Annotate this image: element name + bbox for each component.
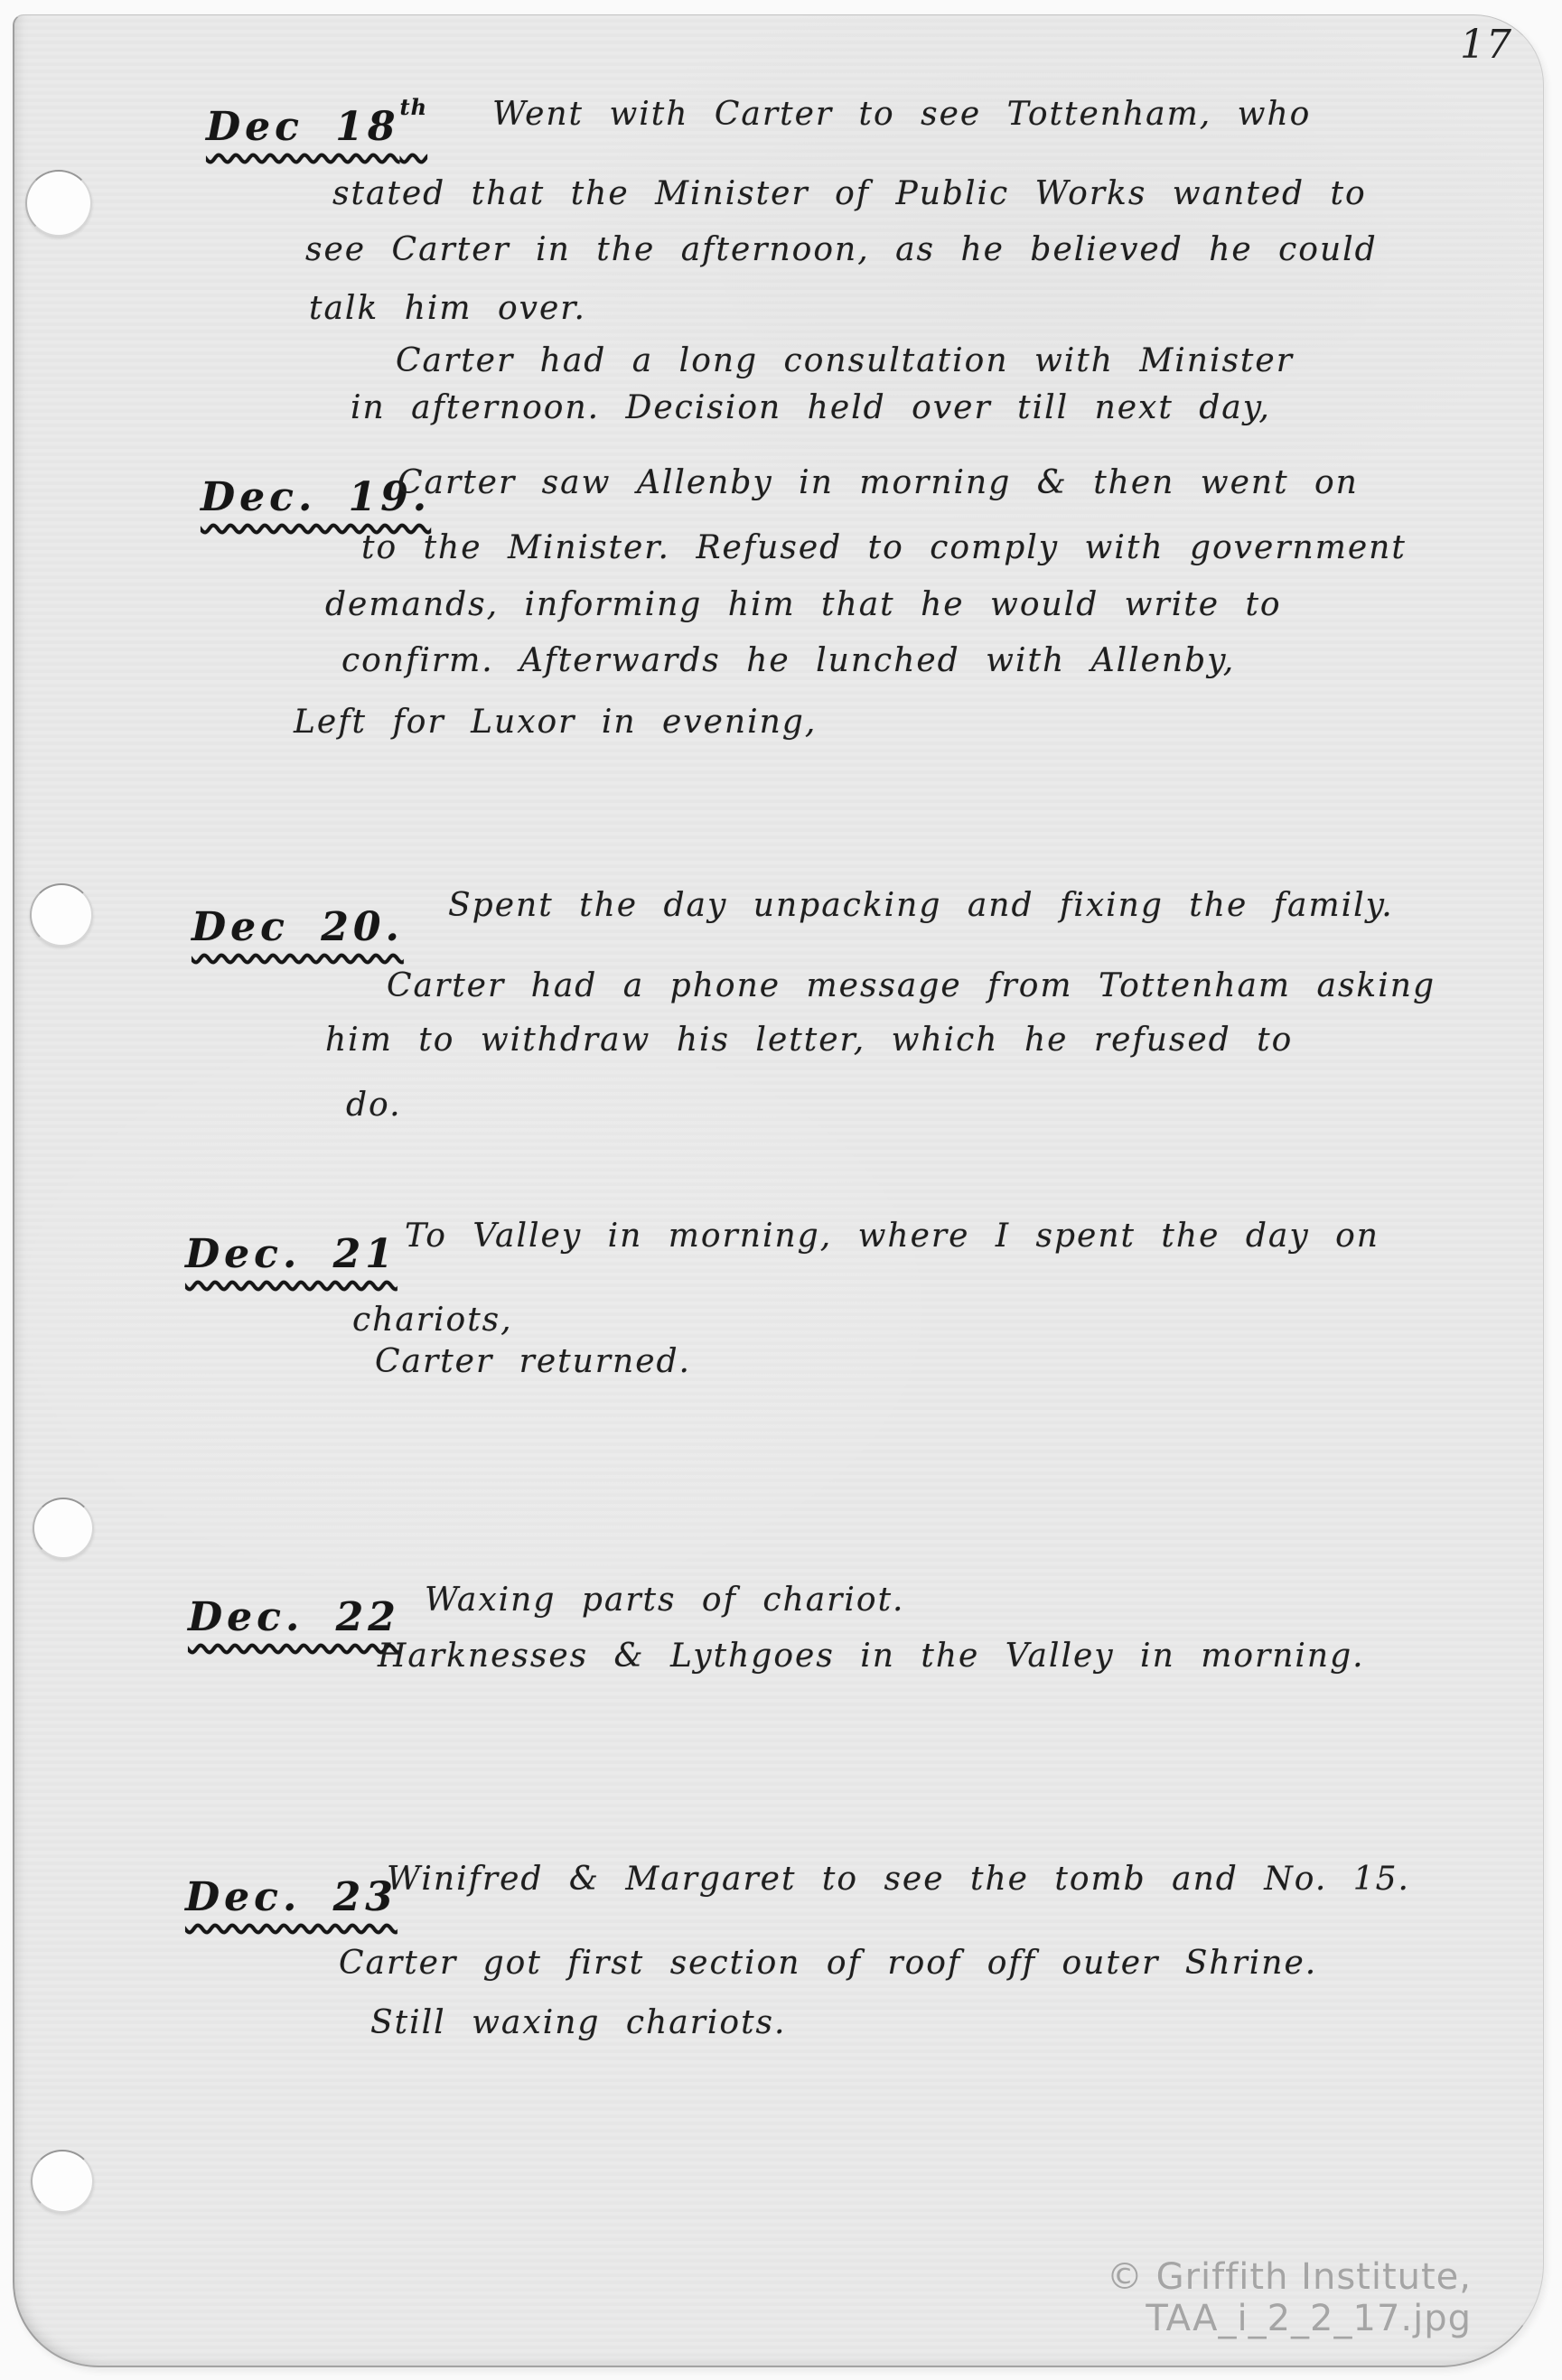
entry-line: Carter returned. bbox=[375, 1343, 691, 1380]
entry-date-text: Dec. 19. bbox=[201, 474, 431, 520]
entry-line: Still waxing chariots. bbox=[370, 2004, 786, 2041]
watermark-line-2: TAA_i_2_2_17.jpg bbox=[1107, 2298, 1472, 2339]
entry-line: do. bbox=[346, 1087, 402, 1124]
entry-line: confirm. Afterwards he lunched with Alle… bbox=[341, 642, 1235, 679]
entry-date-text: Dec. 21 bbox=[185, 1231, 398, 1277]
entry-line: Carter had a long consultation with Mini… bbox=[396, 342, 1294, 379]
punch-hole-1 bbox=[25, 170, 92, 237]
entry-date: Dec 18th bbox=[206, 94, 427, 150]
entry-date: Dec 20. bbox=[192, 894, 404, 950]
entry-line: Went with Carter to see Tottenham, who bbox=[492, 96, 1311, 133]
entry-date-text: Dec. 23 bbox=[185, 1874, 398, 1920]
entry-date-text: Dec 18 bbox=[206, 104, 400, 150]
punch-hole-4 bbox=[31, 2150, 94, 2213]
entry-line: Waxing parts of chariot. bbox=[425, 1582, 905, 1619]
entry-line: Left for Luxor in evening, bbox=[294, 704, 817, 741]
entry-date-text: Dec. 22 bbox=[188, 1594, 400, 1640]
entry-date: Dec. 22 bbox=[188, 1584, 400, 1640]
entry-line: Harknesses & Lythgoes in the Valley in m… bbox=[378, 1638, 1365, 1675]
entry-line: chariots, bbox=[352, 1302, 513, 1339]
entry-line: in afternoon. Decision held over till ne… bbox=[351, 389, 1271, 426]
copyright-watermark: © Griffith Institute, TAA_i_2_2_17.jpg bbox=[1107, 2256, 1472, 2339]
entry-date-text: Dec 20. bbox=[192, 904, 404, 950]
entry-date: Dec. 21 bbox=[185, 1221, 398, 1277]
entry-line: to the Minister. Refused to comply with … bbox=[361, 529, 1407, 566]
entry-line: Spent the day unpacking and fixing the f… bbox=[448, 887, 1394, 924]
entry-line: stated that the Minister of Public Works… bbox=[332, 175, 1367, 212]
entry-date: Dec. 19. bbox=[201, 464, 431, 520]
entry-line: Winifred & Margaret to see the tomb and … bbox=[387, 1861, 1410, 1898]
entry-line: talk him over. bbox=[309, 290, 586, 327]
entry-line: see Carter in the afternoon, as he belie… bbox=[305, 231, 1378, 268]
entry-line: To Valley in morning, where I spent the … bbox=[405, 1218, 1380, 1255]
entry-line: demands, informing him that he would wri… bbox=[325, 586, 1282, 623]
entry-date-suffix: th bbox=[400, 94, 428, 120]
entry-date: Dec. 23 bbox=[185, 1864, 398, 1920]
entry-line: him to withdraw his letter, which he ref… bbox=[325, 1022, 1293, 1059]
punch-hole-3 bbox=[33, 1498, 94, 1559]
entry-line: Carter saw Allenby in morning & then wen… bbox=[398, 464, 1359, 501]
scanned-diary-scan: 17 Dec 18th Went with Carter to see Tott… bbox=[0, 0, 1562, 2380]
punch-hole-2 bbox=[30, 883, 93, 947]
watermark-line-1: © Griffith Institute, bbox=[1107, 2256, 1472, 2298]
entry-line: Carter had a phone message from Tottenha… bbox=[387, 967, 1436, 1004]
page-number: 17 bbox=[1460, 22, 1512, 68]
entry-line: Carter got first section of roof off out… bbox=[339, 1945, 1317, 1982]
